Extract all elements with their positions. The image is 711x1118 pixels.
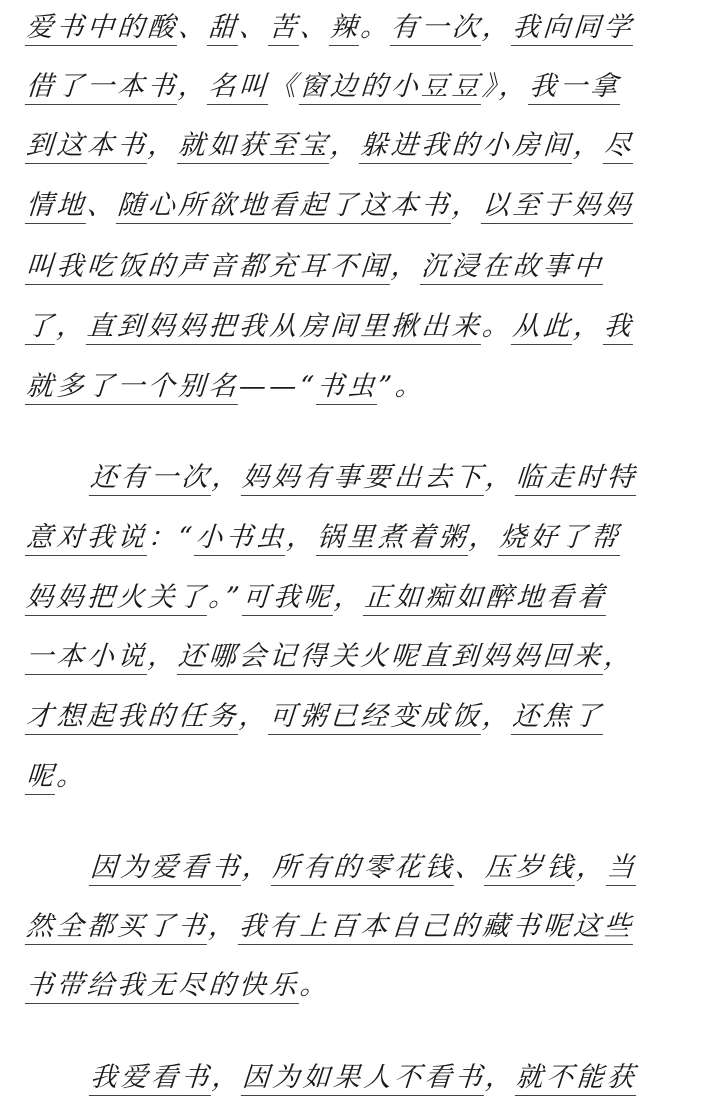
text-line: 意对我说：“小书虫，锅里煮着粥，烧好了帮 [25, 520, 623, 560]
text-line: 呢。 [25, 759, 89, 799]
text-line: 就多了一个别名——“书虫”。 [25, 369, 427, 409]
text-line: 借了一本书，名叫《窗边的小豆豆》，我一拿 [25, 69, 622, 109]
text-line: 还有一次，妈妈有事要出去下，临走时特 [89, 460, 639, 500]
text-line: 书带给我无尽的快乐。 [25, 968, 332, 1008]
text-line: 然全都买了书，我有上百本自己的藏书呢这些 [25, 909, 636, 949]
text-line: 爱书中的酸、甜、苦、辣。有一次，我向同学 [25, 10, 636, 50]
text-line: 我爱看书，因为如果人不看书，就不能获 [89, 1060, 639, 1100]
text-line: 才想起我的任务，可粥已经变成饭，还焦了 [25, 699, 605, 739]
text-line: 因为爱看书，所有的零花钱、压岁钱，当 [89, 850, 639, 890]
text-line: 到这本书，就如获至宝，躲进我的小房间，尽 [25, 128, 636, 168]
text-line: 一本小说，还哪会记得关火呢直到妈妈回来， [25, 639, 636, 679]
handwritten-document: 爱书中的酸、甜、苦、辣。有一次，我向同学 借了一本书，名叫《窗边的小豆豆》，我一… [0, 0, 711, 1118]
text-line: 了，直到妈妈把我从房间里揪出来。从此，我 [25, 309, 636, 349]
text-line: 情地、随心所欲地看起了这本书，以至于妈妈 [25, 188, 636, 228]
text-line: 叫我吃饭的声音都充耳不闻，沉浸在故事中 [25, 249, 605, 289]
text-line: 妈妈把火关了。”可我呢，正如痴如醉地看着 [25, 580, 609, 620]
